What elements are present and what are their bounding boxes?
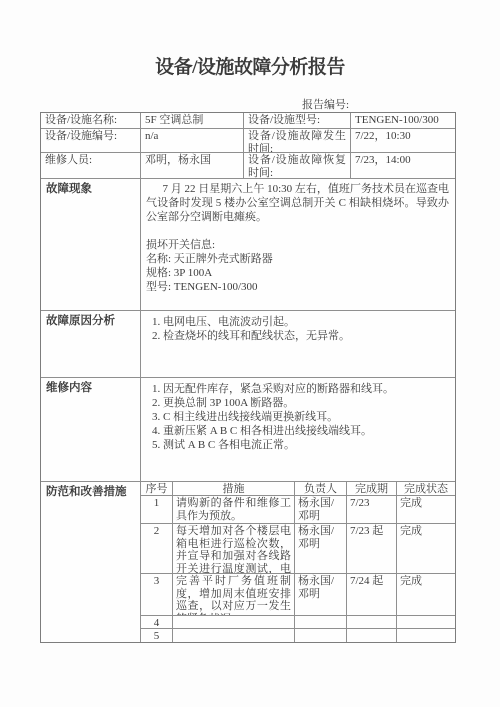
page-title: 设备/设施故障分析报告: [0, 52, 500, 79]
info-row-name-model: 设备/设施名称: 5F 空调总制 设备/设施型号: TENGEN-100/300: [41, 113, 455, 129]
measures-table: 序号 措施 负责人 完成期限 完成状态 1 请购新的备件和维修工具作为预放。 杨…: [141, 482, 455, 642]
row-measure: 完善平时厂务值班制度，增加周末值班安排巡查，以对应万一发生的紧急状况。: [173, 574, 295, 616]
device-id-value: n/a: [141, 129, 244, 153]
measures-row-1: 1 请购新的备件和维修工具作为预放。 杨永国/邓明 7/23 完成: [141, 496, 455, 524]
item-text: 测试 A B C 各相电流正常。: [163, 438, 449, 452]
row-no: 4: [141, 616, 173, 629]
report-table: 设备/设施名称: 5F 空调总制 设备/设施型号: TENGEN-100/300…: [40, 112, 456, 643]
measures-header-row: 序号 措施 负责人 完成期限 完成状态: [141, 482, 455, 496]
row-owner: [295, 616, 347, 629]
section-phenomenon: 故障现象 7 月 22 日星期六上午 10:30 左右，值班厂务技术员在巡查电气…: [41, 179, 455, 311]
list-item: 1. 电网电压、电流波动引起。: [146, 315, 449, 329]
list-item: 2. 更换总制 3P 100A 断路器。: [146, 396, 449, 410]
row-measure: [173, 629, 295, 642]
row-measure: 请购新的备件和维修工具作为预放。: [173, 496, 295, 524]
section-measures: 防范和改善措施 序号 措施 负责人 完成期限 完成状态 1 请购新的备件和维修工…: [41, 482, 455, 642]
section-cause: 故障原因分析 1. 电网电压、电流波动引起。 2. 检查烧坏的线耳和配线状态，无…: [41, 311, 455, 378]
row-measure: [173, 616, 295, 629]
item-text: 电网电压、电流波动引起。: [163, 315, 449, 329]
row-status: [397, 616, 455, 629]
list-item: 4. 重新压紧 A B C 相各相进出线接线端线耳。: [146, 424, 449, 438]
recovery-time-label: 设备/设施故障恢复时间:: [244, 153, 351, 179]
switch-spec: 规格: 3P 100A: [146, 266, 449, 280]
switch-name: 名称: 天正牌外壳式断路器: [146, 252, 449, 266]
list-item: 3. C 相主线进出线接线端更换新线耳。: [146, 410, 449, 424]
row-deadline: 7/23: [347, 496, 397, 524]
row-owner: 杨永国/邓明: [295, 496, 347, 524]
row-measure: 每天增加对各个楼层电箱电柜进行巡检次数，并宣导和加强对各线路开关进行温度测试，电…: [173, 524, 295, 574]
item-text: 重新压紧 A B C 相各相进出线接线端线耳。: [163, 424, 449, 438]
row-owner: 杨永国/邓明: [295, 524, 347, 574]
row-no: 3: [141, 574, 173, 616]
row-deadline: [347, 616, 397, 629]
row-no: 2: [141, 524, 173, 574]
row-deadline: [347, 629, 397, 642]
phenomenon-content: 7 月 22 日星期六上午 10:30 左右，值班厂务技术员在巡查电气设备时发现…: [141, 179, 455, 311]
item-number: 1.: [146, 315, 163, 329]
repair-content: 1. 因无配件库存，紧急采购对应的断路器和线耳。 2. 更换总制 3P 100A…: [141, 378, 455, 482]
measures-row-3: 3 完善平时厂务值班制度，增加周末值班安排巡查，以对应万一发生的紧急状况。 杨永…: [141, 574, 455, 616]
row-no: 1: [141, 496, 173, 524]
switch-info-title: 损坏开关信息:: [146, 238, 449, 252]
item-text: 因无配件库存，紧急采购对应的断路器和线耳。: [163, 382, 449, 396]
list-item: 5. 测试 A B C 各相电流正常。: [146, 438, 449, 452]
item-number: 1.: [146, 382, 163, 396]
section-repair: 维修内容 1. 因无配件库存，紧急采购对应的断路器和线耳。 2. 更换总制 3P…: [41, 378, 455, 482]
header-status: 完成状态: [397, 482, 455, 496]
failure-time-value: 7/22，10:30: [351, 129, 455, 153]
repair-list: 1. 因无配件库存，紧急采购对应的断路器和线耳。 2. 更换总制 3P 100A…: [146, 382, 449, 452]
item-text: 检查烧坏的线耳和配线状态，无异常。: [163, 329, 449, 343]
device-model-label: 设备/设施型号:: [244, 113, 351, 129]
row-status: 完成: [397, 574, 455, 616]
device-model-value: TENGEN-100/300: [351, 113, 455, 129]
repair-staff-label: 维修人员:: [41, 153, 141, 179]
cause-label: 故障原因分析: [41, 311, 141, 378]
info-row-staff-recovertime: 维修人员: 邓明，杨永国 设备/设施故障恢复时间: 7/23，14:00: [41, 153, 455, 179]
device-name-value: 5F 空调总制: [141, 113, 244, 129]
row-owner: [295, 629, 347, 642]
phenomenon-paragraph: 7 月 22 日星期六上午 10:30 左右，值班厂务技术员在巡查电气设备时发现…: [146, 182, 449, 224]
repair-label: 维修内容: [41, 378, 141, 482]
failure-time-label: 设备/设施故障发生时间:: [244, 129, 351, 153]
item-number: 4.: [146, 424, 163, 438]
measures-row-2: 2 每天增加对各个楼层电箱电柜进行巡检次数，并宣导和加强对各线路开关进行温度测试…: [141, 524, 455, 574]
spacer: [146, 224, 449, 238]
device-id-label: 设备/设施编号:: [41, 129, 141, 153]
item-number: 5.: [146, 438, 163, 452]
item-number: 2.: [146, 329, 163, 343]
row-deadline: 7/24 起: [347, 574, 397, 616]
measures-row-5: 5: [141, 629, 455, 642]
row-status: 完成: [397, 524, 455, 574]
device-name-label: 设备/设施名称:: [41, 113, 141, 129]
item-text: C 相主线进出线接线端更换新线耳。: [163, 410, 449, 424]
item-text: 更换总制 3P 100A 断路器。: [163, 396, 449, 410]
cause-list: 1. 电网电压、电流波动引起。 2. 检查烧坏的线耳和配线状态，无异常。: [146, 315, 449, 343]
phenomenon-label: 故障现象: [41, 179, 141, 311]
row-no: 5: [141, 629, 173, 642]
cause-content: 1. 电网电压、电流波动引起。 2. 检查烧坏的线耳和配线状态，无异常。: [141, 311, 455, 378]
report-number-label: 报告编号:: [302, 96, 349, 112]
row-status: [397, 629, 455, 642]
repair-staff-value: 邓明，杨永国: [141, 153, 244, 179]
measures-row-4: 4: [141, 616, 455, 629]
row-status: 完成: [397, 496, 455, 524]
header-deadline: 完成期限: [347, 482, 397, 496]
row-deadline: 7/23 起: [347, 524, 397, 574]
header-no: 序号: [141, 482, 173, 496]
list-item: 1. 因无配件库存，紧急采购对应的断路器和线耳。: [146, 382, 449, 396]
header-owner: 负责人: [295, 482, 347, 496]
recovery-time-value: 7/23，14:00: [351, 153, 455, 179]
list-item: 2. 检查烧坏的线耳和配线状态，无异常。: [146, 329, 449, 343]
item-number: 2.: [146, 396, 163, 410]
item-number: 3.: [146, 410, 163, 424]
header-measure: 措施: [173, 482, 295, 496]
measures-label: 防范和改善措施: [41, 482, 141, 642]
info-row-id-failtime: 设备/设施编号: n/a 设备/设施故障发生时间: 7/22，10:30: [41, 129, 455, 153]
switch-model: 型号: TENGEN-100/300: [146, 280, 449, 294]
row-owner: 杨永国/邓明: [295, 574, 347, 616]
